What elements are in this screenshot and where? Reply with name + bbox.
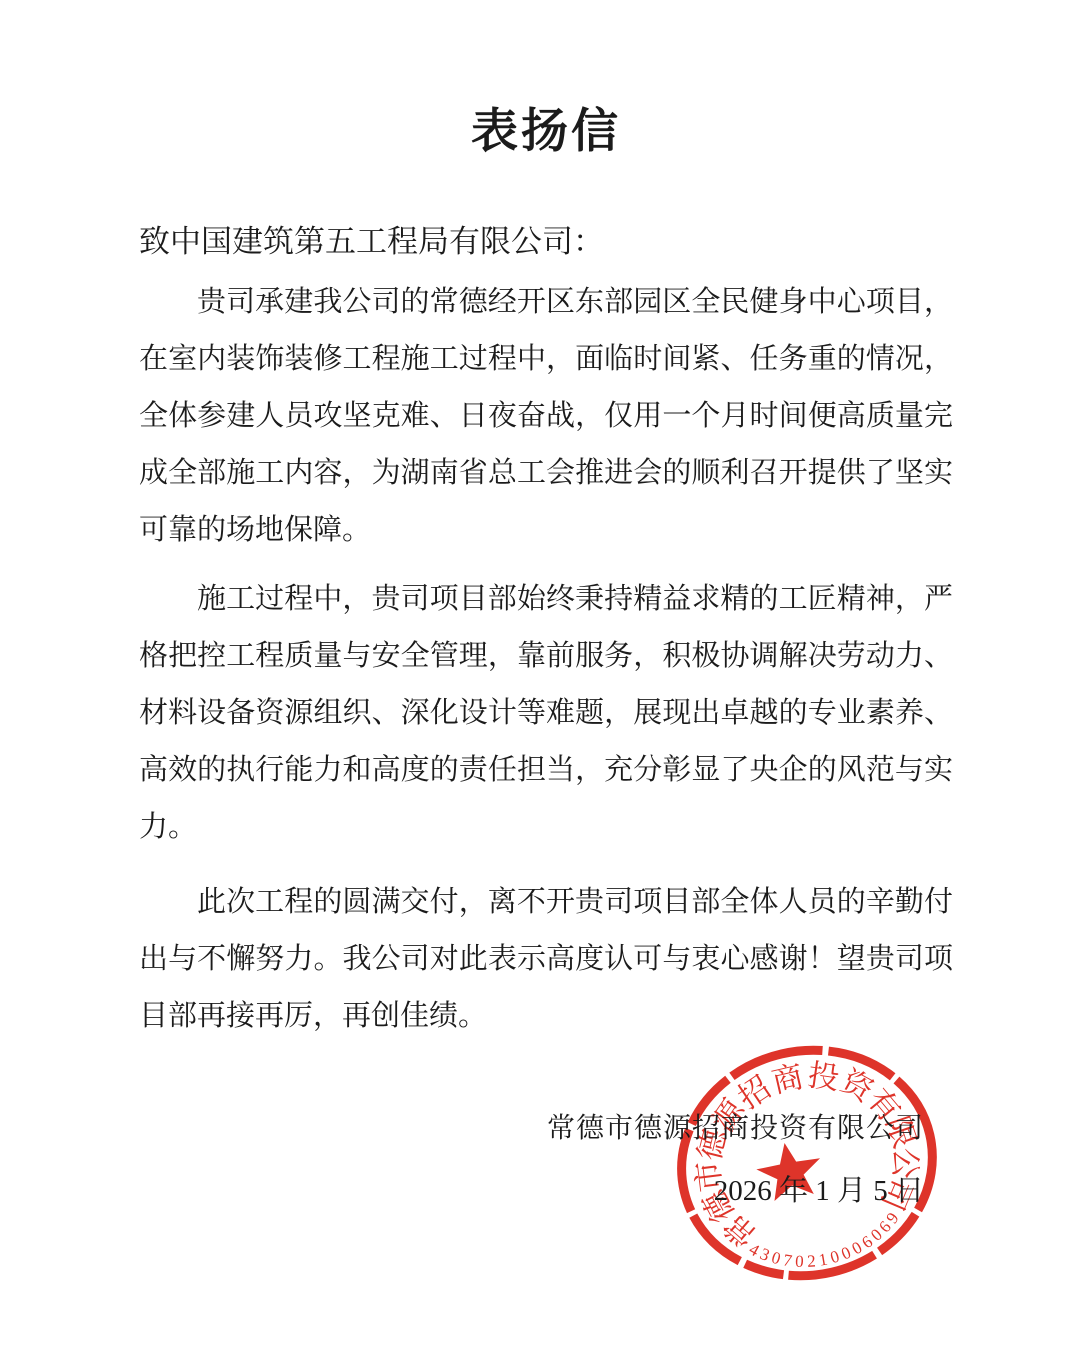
seal-serial-digit: 1 <box>817 1250 829 1270</box>
seal-serial-digit: 0 <box>769 1248 782 1269</box>
letter-title: 表扬信 <box>0 94 1092 161</box>
body-paragraph-2: 施工过程中，贵司项目部始终秉持精益求精的工匠精神，严格把控工程质量与安全管理，靠… <box>139 571 953 856</box>
letter-date: 2026 年 1 月 5 日 <box>714 1169 924 1213</box>
seal-serial-digit: 0 <box>795 1252 805 1271</box>
seal-serial-digit: 2 <box>807 1251 817 1270</box>
letter-page: 表扬信 致中国建筑第五工程局有限公司： 贵司承建我公司的常德经开区东部园区全民健… <box>0 0 1092 1348</box>
body-paragraph-3: 此次工程的圆满交付，离不开贵司项目部全体人员的辛勤付出与不懈努力。我公司对此表示… <box>139 874 953 1045</box>
salutation-line: 致中国建筑第五工程局有限公司： <box>139 213 969 270</box>
seal-ring-char: 商 <box>769 1059 807 1100</box>
signature-company-name: 常德市德源招商投资有限公司 <box>547 1107 924 1151</box>
seal-group: 常德市德源招商投资有限公司43070210006069 <box>659 1026 955 1301</box>
body-paragraph-1: 贵司承建我公司的常德经开区东部园区全民健身中心项目，在室内装饰装修工程施工过程中… <box>139 274 953 559</box>
seal-serial-digit: 7 <box>782 1250 794 1270</box>
